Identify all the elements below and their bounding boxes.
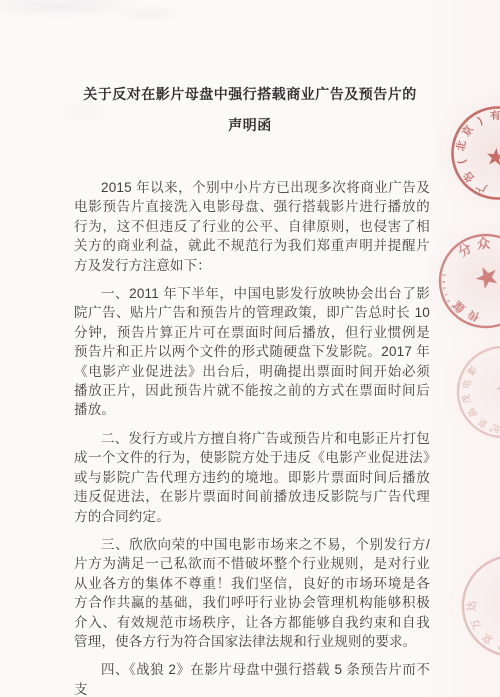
svg-text:分: 分 — [455, 240, 474, 260]
company-seal-2-icon: 分众 传媒 1101085 — [431, 226, 500, 336]
svg-text:媒: 媒 — [450, 297, 468, 315]
svg-text:北: 北 — [491, 423, 500, 435]
company-seal-3-icon: 北京晶茂电影 110 — [448, 337, 500, 447]
svg-text:1: 1 — [449, 304, 455, 309]
seal-ink-halo — [436, 328, 500, 448]
document-title: 关于反对在影片母盘中强行搭载商业广告及预告片的 声明函 — [0, 79, 500, 141]
svg-text:传: 传 — [466, 307, 482, 324]
svg-text:1: 1 — [496, 427, 500, 433]
document-body: 2015 年以来，个别中小片方已出现多次将商业广告及电影预告片直接洗入电影母盘、… — [74, 178, 430, 697]
svg-text:1: 1 — [443, 292, 449, 296]
svg-text:广: 广 — [474, 178, 490, 195]
document-title-line1: 关于反对在影片母盘中强行搭载商业广告及预告片的 — [0, 79, 500, 110]
svg-text:电: 电 — [460, 379, 473, 390]
svg-text:5: 5 — [441, 273, 446, 277]
paragraph: 四、《战狼 2》在影片母盘中强行搭载 5 条预告片而不支 — [74, 660, 430, 697]
paragraph: 三、欣欣向荣的中国电影市场来之不易，个别发行方/片方为满足一己私欲而不惜破坏整个… — [74, 535, 430, 651]
svg-text:万: 万 — [469, 617, 484, 631]
scanned-statement-letter: 关于反对在影片母盘中强行搭载商业广告及预告片的 声明函 2015 年以来，个别中… — [0, 0, 500, 697]
svg-text:0: 0 — [445, 298, 451, 303]
svg-text:茂: 茂 — [460, 394, 473, 405]
paragraph: 一、2011 年下半年，中国电影发行放映协会出台了影院广告、贴片广告和预告片的管… — [74, 284, 430, 420]
svg-text:北: 北 — [455, 139, 469, 152]
paragraph: 2015 年以来，个别中小片方已出现多次将商业广告及电影预告片直接洗入电影母盘、… — [74, 178, 430, 275]
svg-text:1: 1 — [453, 308, 459, 314]
svg-text:京: 京 — [476, 416, 490, 430]
seal-ink-halo — [418, 214, 500, 344]
svg-text:告: 告 — [460, 168, 477, 185]
svg-text:京: 京 — [480, 631, 496, 647]
svg-text:达: 达 — [465, 601, 478, 611]
svg-text:晶: 晶 — [465, 406, 479, 420]
svg-text:0: 0 — [489, 426, 494, 433]
company-seal-4-icon: 北京万达 110 — [457, 550, 500, 662]
svg-text:(: ( — [456, 158, 469, 165]
svg-text:影: 影 — [465, 364, 479, 378]
svg-text:0: 0 — [441, 286, 446, 290]
svg-text:众: 众 — [476, 236, 490, 252]
seal-ink-halo — [446, 540, 500, 665]
document-title-line2: 声明函 — [0, 110, 500, 141]
paragraph: 二、发行方或片方擅自将广告或预告片和电影正片打包成一个文件的行为，使影院方处于违… — [74, 429, 430, 526]
svg-text:8: 8 — [441, 280, 446, 283]
